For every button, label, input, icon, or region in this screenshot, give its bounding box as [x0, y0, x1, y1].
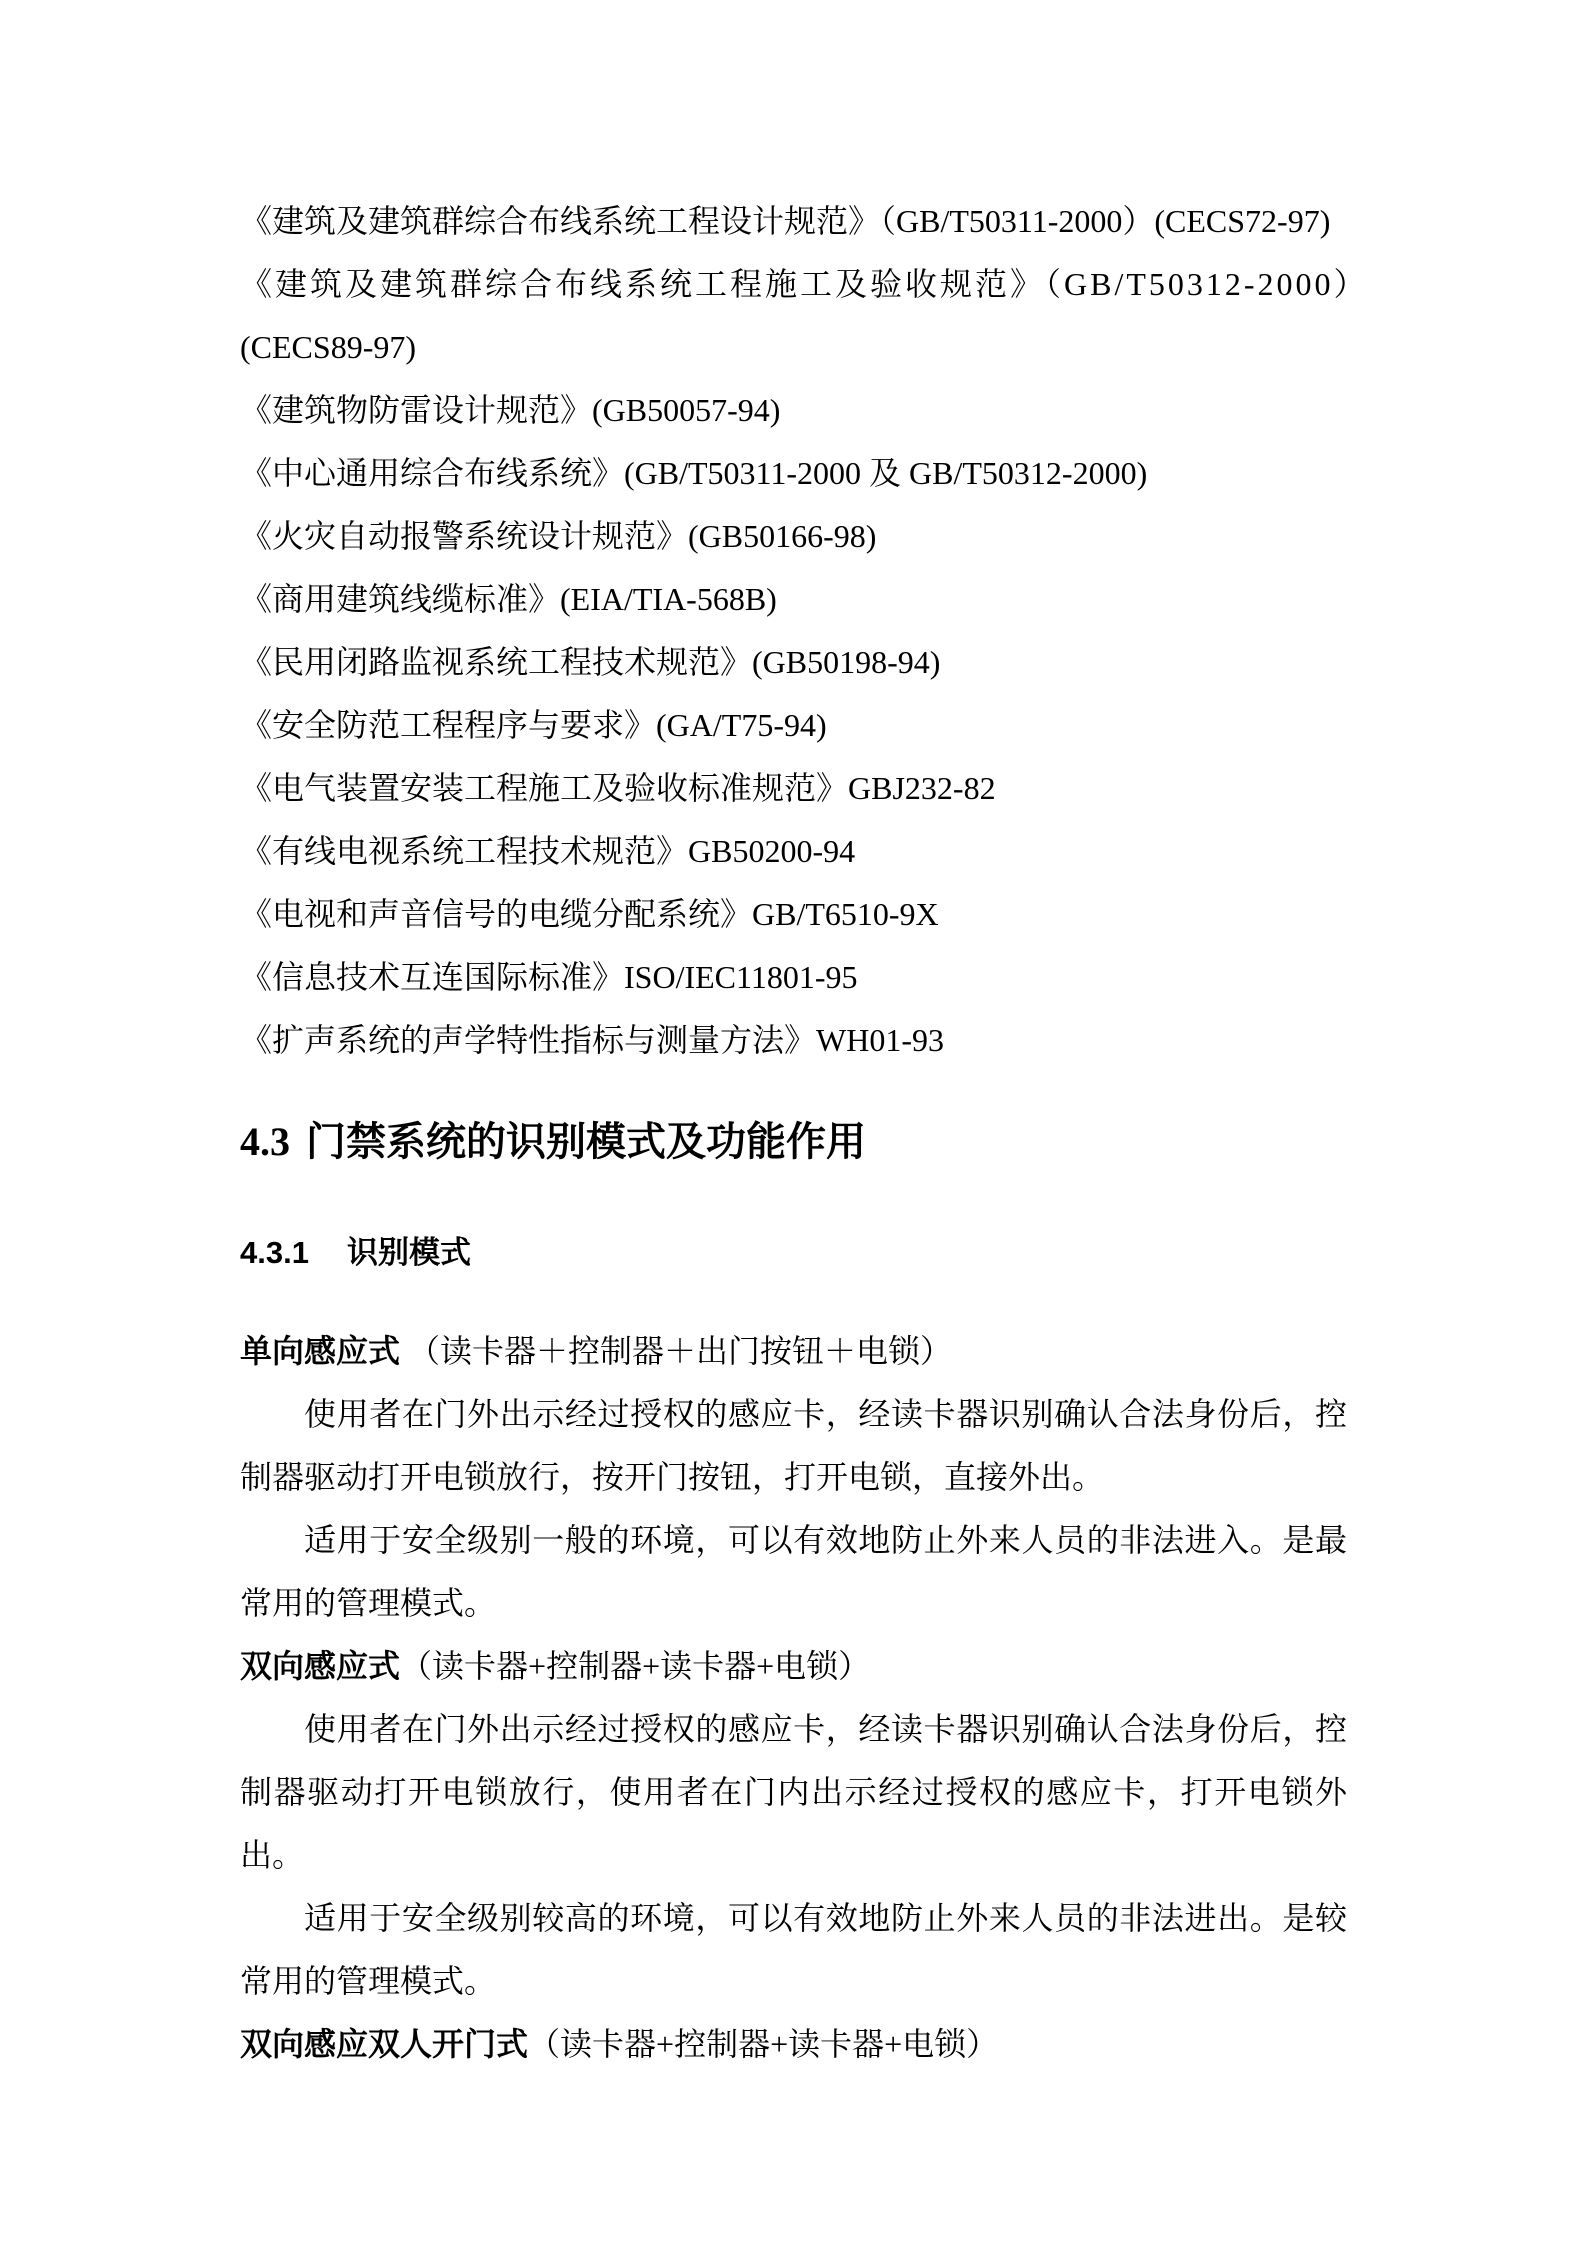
mode-name: 双向感应双人开门式: [240, 2026, 528, 2062]
section-heading: 4.3门禁系统的识别模式及功能作用: [240, 1110, 1347, 1174]
reference-item: 《中心通用综合布线系统》(GB/T50311-2000 及 GB/T50312-…: [240, 442, 1347, 505]
mode-components: （读卡器＋控制器＋出门按钮＋电锁）: [400, 1333, 952, 1369]
mode-block-one-way: 单向感应式 （读卡器＋控制器＋出门按钮＋电锁） 使用者在门外出示经过授权的感应卡…: [240, 1320, 1347, 1635]
mode-usage-paragraph: 适用于安全级别一般的环境，可以有效地防止外来人员的非法进入。是最常用的管理模式。: [240, 1509, 1347, 1635]
mode-name: 双向感应式: [240, 1648, 400, 1684]
document-page: 《建筑及建筑群综合布线系统工程设计规范》（GB/T50311-2000）(CEC…: [0, 0, 1587, 2245]
reference-item: 《建筑及建筑群综合布线系统工程施工及验收规范》（GB/T50312-2000）: [240, 253, 1347, 316]
reference-item: 《有线电视系统工程技术规范》GB50200-94: [240, 820, 1347, 883]
reference-item: 《扩声系统的声学特性指标与测量方法》WH01-93: [240, 1009, 1347, 1072]
sub-section-number: 4.3.1: [240, 1235, 309, 1270]
reference-item: 《火灾自动报警系统设计规范》(GB50166-98): [240, 505, 1347, 568]
sub-section-title: 识别模式: [347, 1235, 471, 1270]
identification-modes: 单向感应式 （读卡器＋控制器＋出门按钮＋电锁） 使用者在门外出示经过授权的感应卡…: [240, 1320, 1347, 2076]
reference-standards-list: 《建筑及建筑群综合布线系统工程设计规范》（GB/T50311-2000）(CEC…: [240, 190, 1347, 1072]
reference-item: 《安全防范工程程序与要求》(GA/T75-94): [240, 694, 1347, 757]
mode-head: 双向感应式（读卡器+控制器+读卡器+电锁）: [240, 1635, 1347, 1698]
mode-block-two-way-two-person: 双向感应双人开门式（读卡器+控制器+读卡器+电锁）: [240, 2013, 1347, 2076]
section-heading-number: 4.3: [240, 1119, 290, 1164]
mode-components: （读卡器+控制器+读卡器+电锁）: [400, 1648, 870, 1684]
reference-item: 《商用建筑线缆标准》(EIA/TIA-568B): [240, 568, 1347, 631]
mode-usage-paragraph: 适用于安全级别较高的环境，可以有效地防止外来人员的非法进出。是较常用的管理模式。: [240, 1887, 1347, 2013]
reference-item: 《民用闭路监视系统工程技术规范》(GB50198-94): [240, 631, 1347, 694]
reference-item: 《信息技术互连国际标准》ISO/IEC11801-95: [240, 946, 1347, 1009]
reference-item: 《建筑及建筑群综合布线系统工程设计规范》（GB/T50311-2000）(CEC…: [240, 190, 1347, 253]
mode-name: 单向感应式: [240, 1333, 400, 1369]
mode-block-two-way: 双向感应式（读卡器+控制器+读卡器+电锁） 使用者在门外出示经过授权的感应卡，经…: [240, 1635, 1347, 2013]
mode-head: 单向感应式 （读卡器＋控制器＋出门按钮＋电锁）: [240, 1320, 1347, 1383]
reference-item: 《电气装置安装工程施工及验收标准规范》GBJ232-82: [240, 757, 1347, 820]
sub-section-heading: 4.3.1识别模式: [240, 1230, 1347, 1276]
mode-head: 双向感应双人开门式（读卡器+控制器+读卡器+电锁）: [240, 2013, 1347, 2076]
mode-description-paragraph: 使用者在门外出示经过授权的感应卡，经读卡器识别确认合法身份后，控制器驱动打开电锁…: [240, 1383, 1347, 1509]
reference-item: 《建筑物防雷设计规范》(GB50057-94): [240, 379, 1347, 442]
section-heading-title: 门禁系统的识别模式及功能作用: [306, 1120, 866, 1164]
mode-description-paragraph: 使用者在门外出示经过授权的感应卡，经读卡器识别确认合法身份后，控制器驱动打开电锁…: [240, 1698, 1347, 1887]
reference-item: 《电视和声音信号的电缆分配系统》GB/T6510-9X: [240, 883, 1347, 946]
mode-components: （读卡器+控制器+读卡器+电锁）: [528, 2026, 998, 2062]
reference-item: (CECS89-97): [240, 316, 1347, 379]
